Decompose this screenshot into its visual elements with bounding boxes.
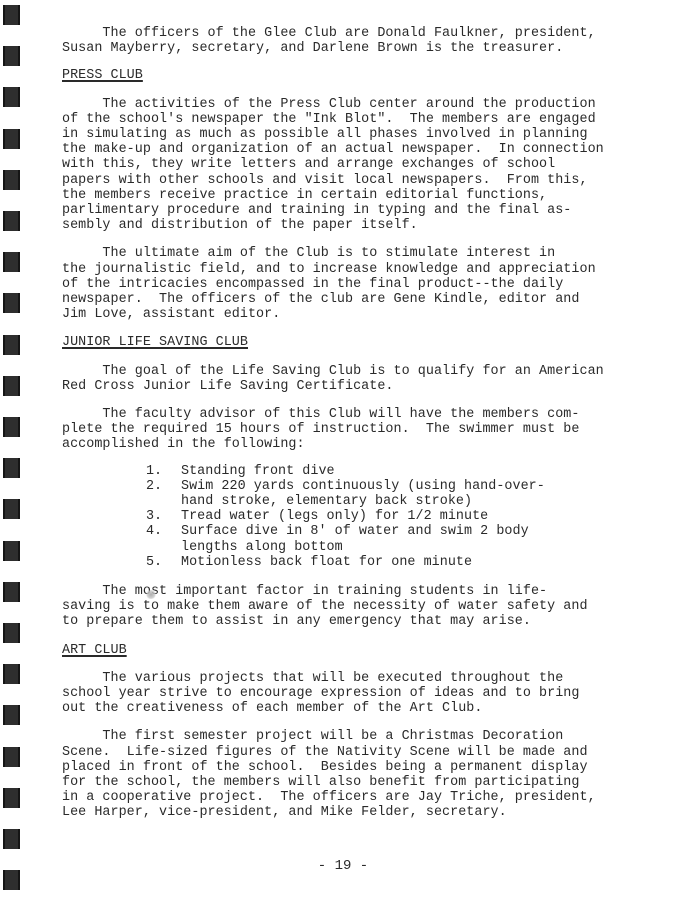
section-heading: ART CLUB: [62, 643, 127, 658]
binder-hole-mark: [3, 335, 20, 355]
text-line: school year strive to encourage expressi…: [62, 686, 579, 701]
binder-hole-mark: [3, 788, 20, 808]
binder-hole-mark: [3, 129, 20, 149]
section-heading: PRESS CLUB: [62, 68, 143, 83]
binder-hole-mark: [3, 46, 20, 66]
text-line: papers with other schools and visit loca…: [62, 173, 588, 188]
text-line: the members receive practice in certain …: [62, 188, 547, 203]
text-line: Scene. Life-sized figures of the Nativit…: [62, 745, 588, 760]
list-item-text: Motionless back float for one minute: [181, 555, 472, 570]
text-line: saving is to make them aware of the nece…: [62, 599, 588, 614]
list-item-number: 4.: [146, 524, 162, 539]
text-line: The faculty advisor of this Club will ha…: [62, 407, 579, 422]
list-item-text: lengths along bottom: [181, 540, 343, 555]
text-line: Susan Mayberry, secretary, and Darlene B…: [62, 41, 563, 56]
list-item-text: hand stroke, elementary back stroke): [181, 494, 472, 509]
page-number: - 19 -: [0, 858, 686, 874]
binder-hole-mark: [3, 211, 20, 231]
list-item-number: 5.: [146, 555, 162, 570]
text-line: sembly and distribution of the paper its…: [62, 218, 418, 233]
text-line: The most important factor in training st…: [62, 584, 547, 599]
text-line: The goal of the Life Saving Club is to q…: [62, 364, 604, 379]
text-line: Jim Love, assistant editor.: [62, 307, 280, 322]
text-line: The first semester project will be a Chr…: [62, 729, 563, 744]
text-line: the journalistic field, and to increase …: [62, 262, 596, 277]
text-line: out the creativeness of each member of t…: [62, 701, 482, 716]
text-line: plete the required 15 hours of instructi…: [62, 422, 579, 437]
text-line: the make-up and organization of an actua…: [62, 142, 604, 157]
section-heading: JUNIOR LIFE SAVING CLUB: [62, 335, 248, 350]
binder-hole-mark: [3, 705, 20, 725]
binder-hole-mark: [3, 499, 20, 519]
list-item-number: 2.: [146, 479, 162, 494]
text-line: The officers of the Glee Club are Donald…: [62, 26, 596, 41]
binder-hole-mark: [3, 376, 20, 396]
text-line: Lee Harper, vice-president, and Mike Fel…: [62, 805, 507, 820]
list-item-number: 3.: [146, 509, 162, 524]
binder-hole-mark: [3, 5, 20, 25]
text-line: accomplished in the following:: [62, 437, 305, 452]
list-item-text: Standing front dive: [181, 464, 335, 479]
binder-hole-mark: [3, 170, 20, 190]
list-item-number: 1.: [146, 464, 162, 479]
text-line: for the school, the members will also be…: [62, 775, 579, 790]
text-line: The various projects that will be execut…: [62, 671, 563, 686]
text-line: Red Cross Junior Life Saving Certificate…: [62, 379, 394, 394]
text-line: newspaper. The officers of the club are …: [62, 292, 579, 307]
ink-smudge: [146, 590, 156, 599]
text-line: The activities of the Press Club center …: [62, 97, 596, 112]
text-line: to prepare them to assist in any emergen…: [62, 614, 531, 629]
binder-hole-mark: [3, 417, 20, 437]
binder-hole-mark: [3, 582, 20, 602]
binder-hole-mark: [3, 252, 20, 272]
binder-hole-mark: [3, 293, 20, 313]
binder-hole-mark: [3, 623, 20, 643]
list-item-text: Tread water (legs only) for 1/2 minute: [181, 509, 488, 524]
binder-hole-mark: [3, 458, 20, 478]
text-line: of the school's newspaper the "Ink Blot"…: [62, 112, 596, 127]
text-line: in simulating as much as possible all ph…: [62, 127, 588, 142]
list-item-text: Swim 220 yards continuously (using hand-…: [181, 479, 545, 494]
text-line: with this, they write letters and arrang…: [62, 157, 555, 172]
text-line: placed in front of the school. Besides b…: [62, 760, 588, 775]
text-line: in a cooperative project. The officers a…: [62, 790, 596, 805]
binder-hole-mark: [3, 541, 20, 561]
binder-hole-mark: [3, 747, 20, 767]
binder-hole-mark: [3, 664, 20, 684]
binder-hole-mark: [3, 829, 20, 849]
binder-hole-mark: [3, 87, 20, 107]
text-line: parlimentary procedure and training in t…: [62, 203, 571, 218]
text-line: of the intricacies encompassed in the fi…: [62, 277, 563, 292]
text-line: The ultimate aim of the Club is to stimu…: [62, 246, 555, 261]
list-item-text: Surface dive in 8' of water and swim 2 b…: [181, 524, 529, 539]
